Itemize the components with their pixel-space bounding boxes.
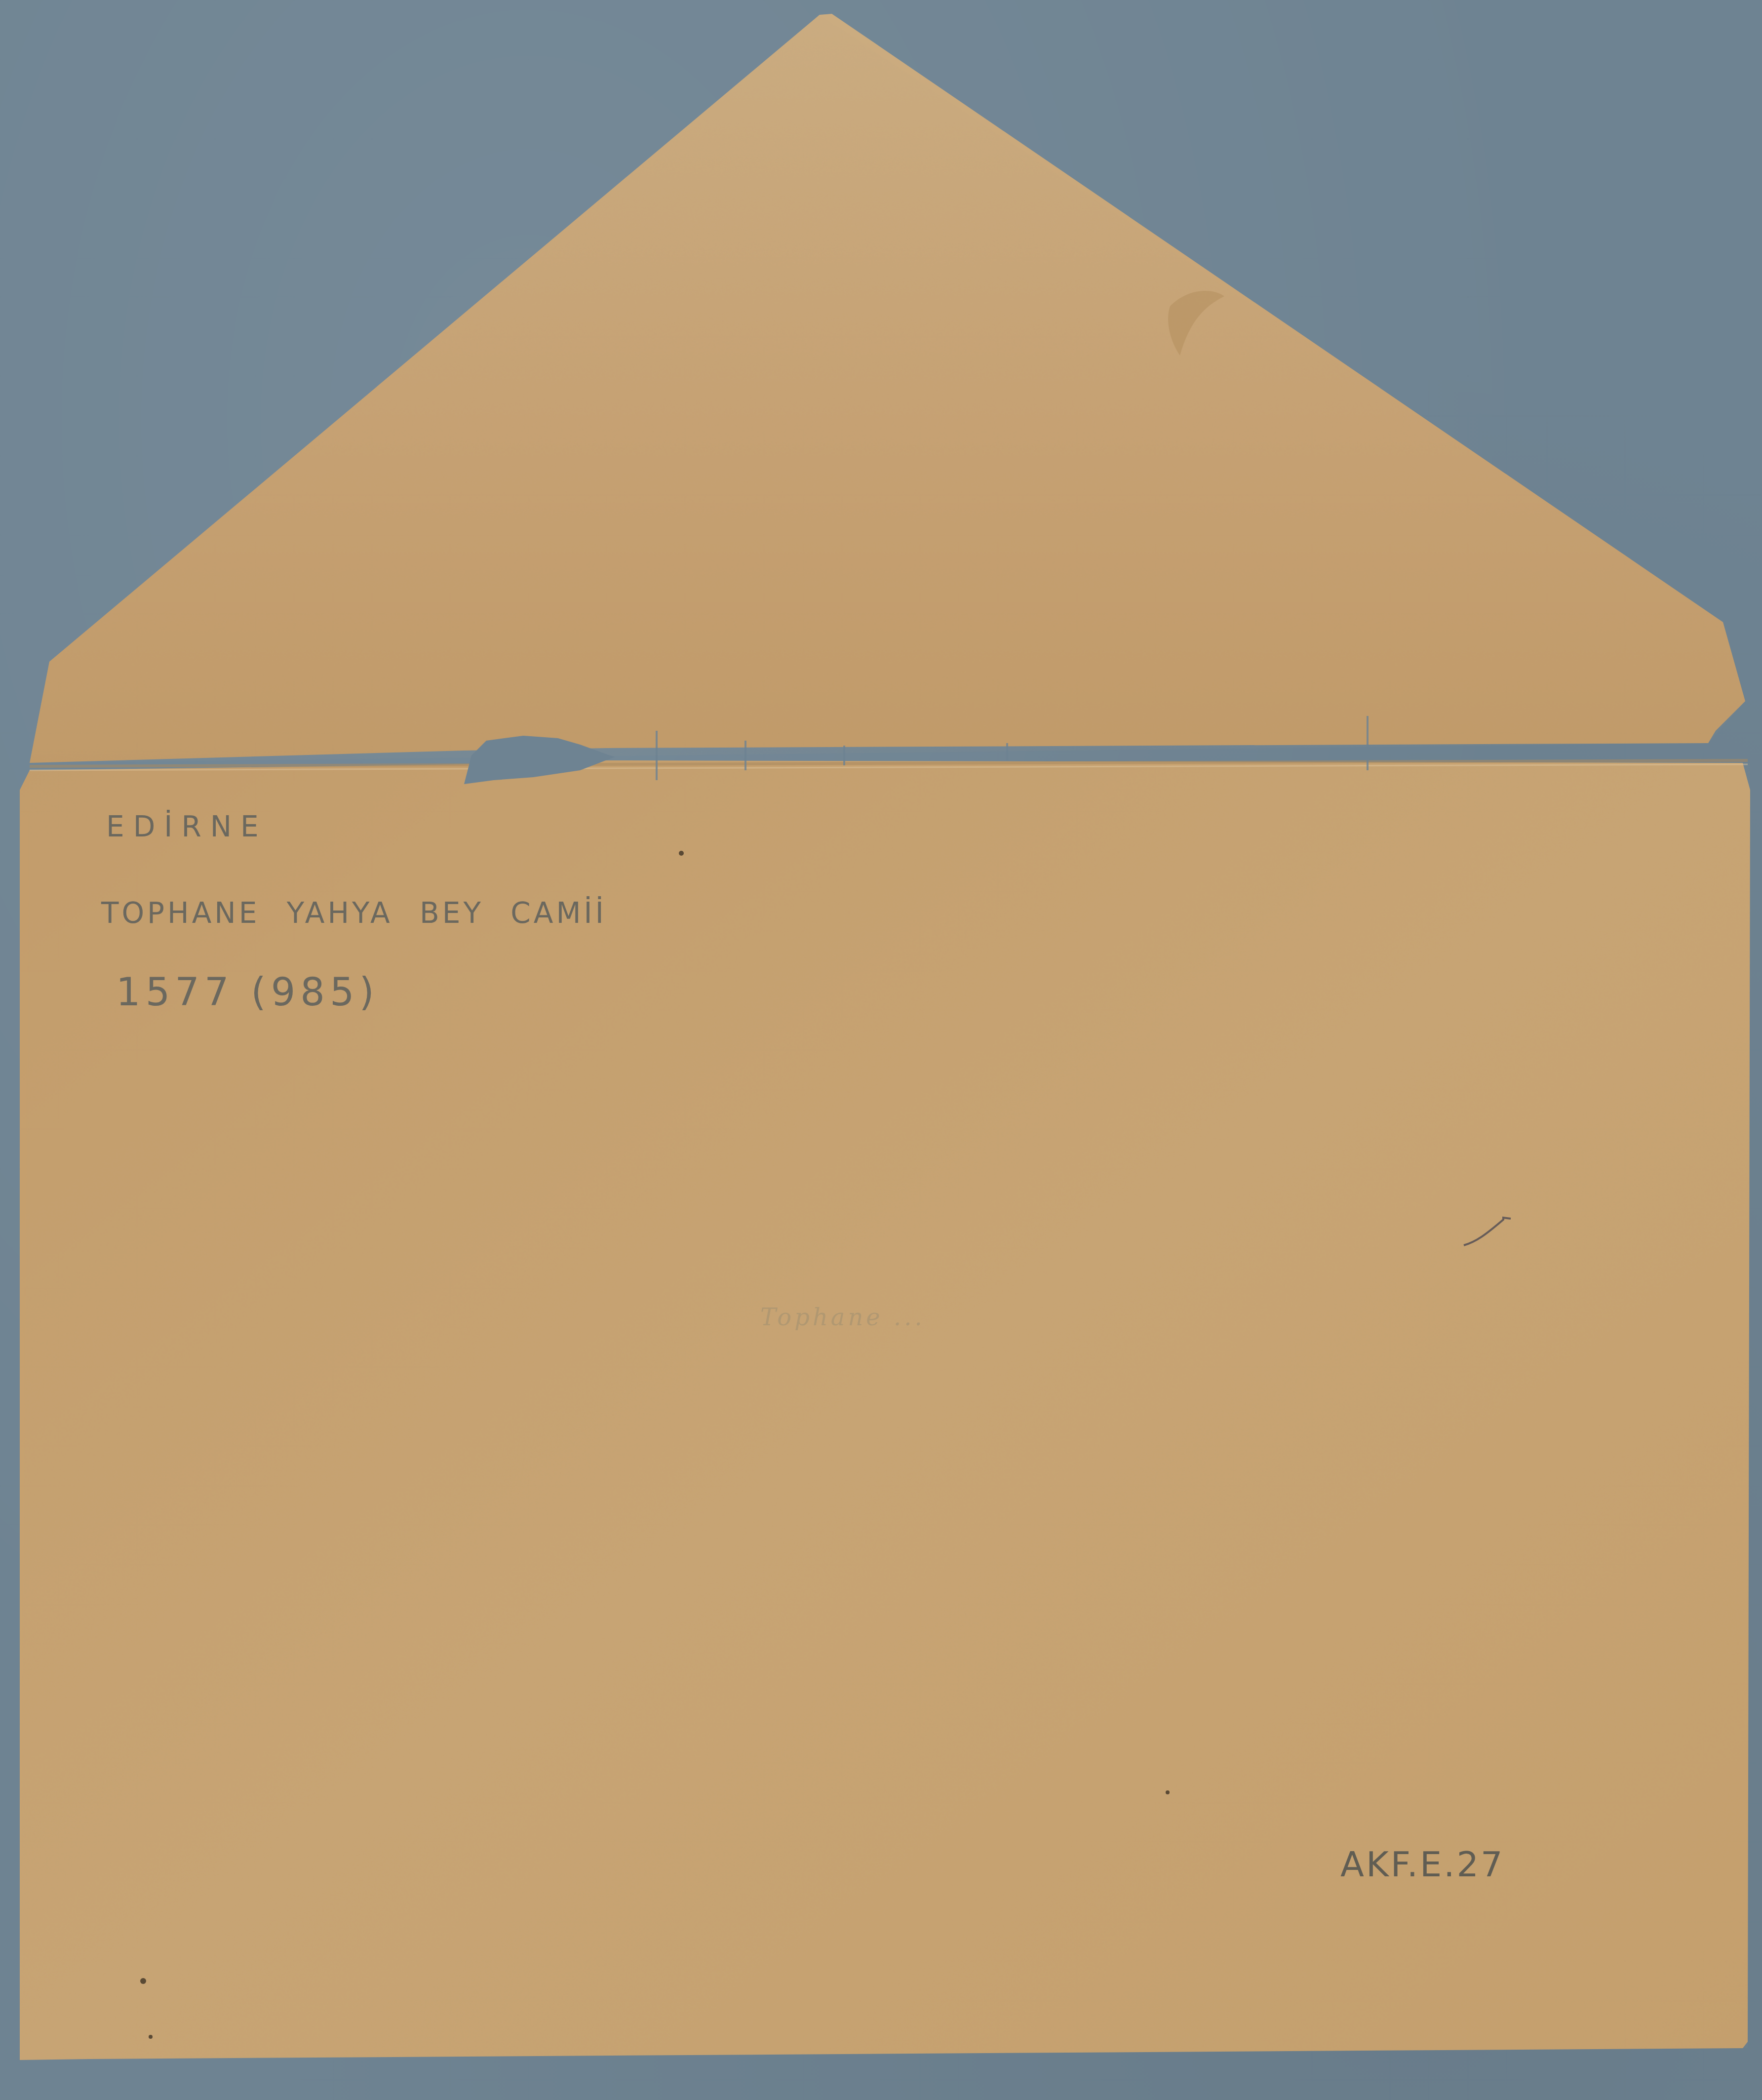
envelope	[0, 0, 1762, 2100]
annotation-date: 1577 (985)	[116, 970, 379, 1015]
annotation-city: EDİRNE	[106, 810, 268, 843]
faint-annotation: Tophane ...	[760, 1304, 925, 1331]
annotation-monument: TOPHANE YAHYA BEY CAMİİ	[101, 896, 607, 930]
annotation-reference: AKF.E.27	[1340, 1844, 1505, 1885]
